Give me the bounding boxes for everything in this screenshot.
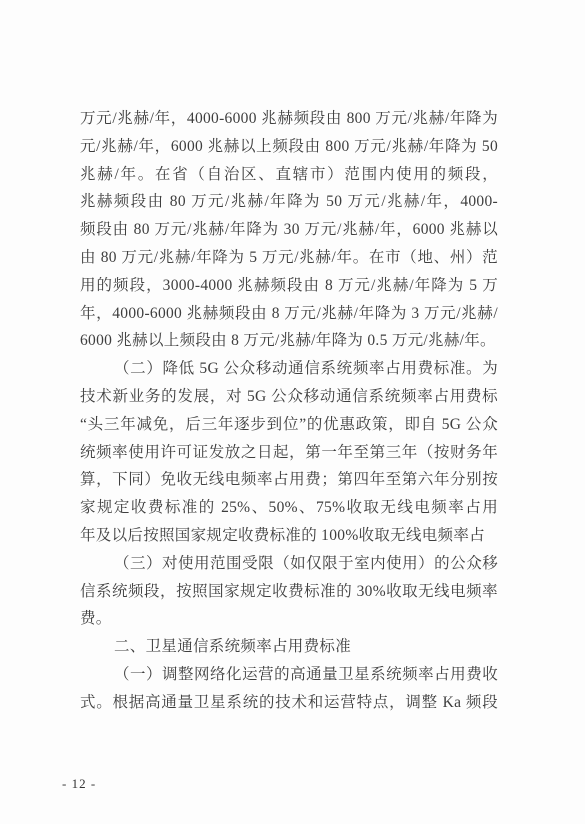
text-line: 二、卫星通信系统频率占用费标准 — [80, 633, 498, 661]
text-line: “头三年减免，后三年逐步到位”的优惠政策，即自 5G 公众通信系 — [80, 411, 498, 439]
text-line: 年及以后按照国家规定收费标准的 100%收取无线电频率占用费。 — [80, 522, 498, 550]
text-line: （三）对使用范围受限（如仅限于室内使用）的公众移动通 — [80, 550, 498, 578]
text-line: 万元/兆赫/年，4000-6000 兆赫频段由 800 万元/兆赫/年降为 30… — [80, 105, 498, 133]
text-line: 技术新业务的发展，对 5G 公众移动通信系统频率占用费标准实行 — [80, 383, 498, 411]
text-line: 年，4000-6000 兆赫频段由 8 万元/兆赫/年降为 3 万元/兆赫/年， — [80, 300, 498, 328]
text-line: （一）调整网络化运营的高通量卫星系统频率占用费收费方 — [80, 661, 498, 689]
text-line: 6000 兆赫以上频段由 8 万元/兆赫/年降为 0.5 万元/兆赫/年。 — [80, 327, 498, 355]
text-line: 费。 — [80, 605, 498, 633]
page-number: - 12 - — [62, 776, 96, 792]
text-line: 频段由 80 万元/兆赫/年降为 30 万元/兆赫/年，6000 兆赫以上频段 — [80, 216, 498, 244]
text-line: 信系统频段，按照国家规定收费标准的 30%收取无线电频率占用 — [80, 578, 498, 606]
document-page: 万元/兆赫/年，4000-6000 兆赫频段由 800 万元/兆赫/年降为 30… — [0, 0, 585, 824]
text-line: （二）降低 5G 公众移动通信系统频率占用费标准。为鼓励新 — [80, 355, 498, 383]
text-line: 家规定收费标准的 25%、50%、75%收取无线电频率占用费，第七 — [80, 494, 498, 522]
text-line: 用的频段，3000-4000 兆赫频段由 8 万元/兆赫/年降为 5 万元/兆赫… — [80, 272, 498, 300]
text-line: 算，下同）免收无线电频率占用费；第四年至第六年分别按照国 — [80, 466, 498, 494]
text-line: 式。根据高通量卫星系统的技术和运营特点，调整 Ka 频段（17.7- — [80, 689, 498, 717]
text-line: 兆赫/年。在省（自治区、直辖市）范围内使用的频段，3000-4000 — [80, 161, 498, 189]
text-line: 统频率使用许可证发放之日起，第一年至第三年（按财务年度计 — [80, 439, 498, 467]
text-line: 由 80 万元/兆赫/年降为 5 万元/兆赫/年。在市（地、州）范围内使 — [80, 244, 498, 272]
text-line: 元/兆赫/年，6000 兆赫以上频段由 800 万元/兆赫/年降为 50 万元/ — [80, 133, 498, 161]
document-body: 万元/兆赫/年，4000-6000 兆赫频段由 800 万元/兆赫/年降为 30… — [80, 105, 498, 717]
text-line: 兆赫频段由 80 万元/兆赫/年降为 50 万元/兆赫/年，4000-6000 … — [80, 188, 498, 216]
